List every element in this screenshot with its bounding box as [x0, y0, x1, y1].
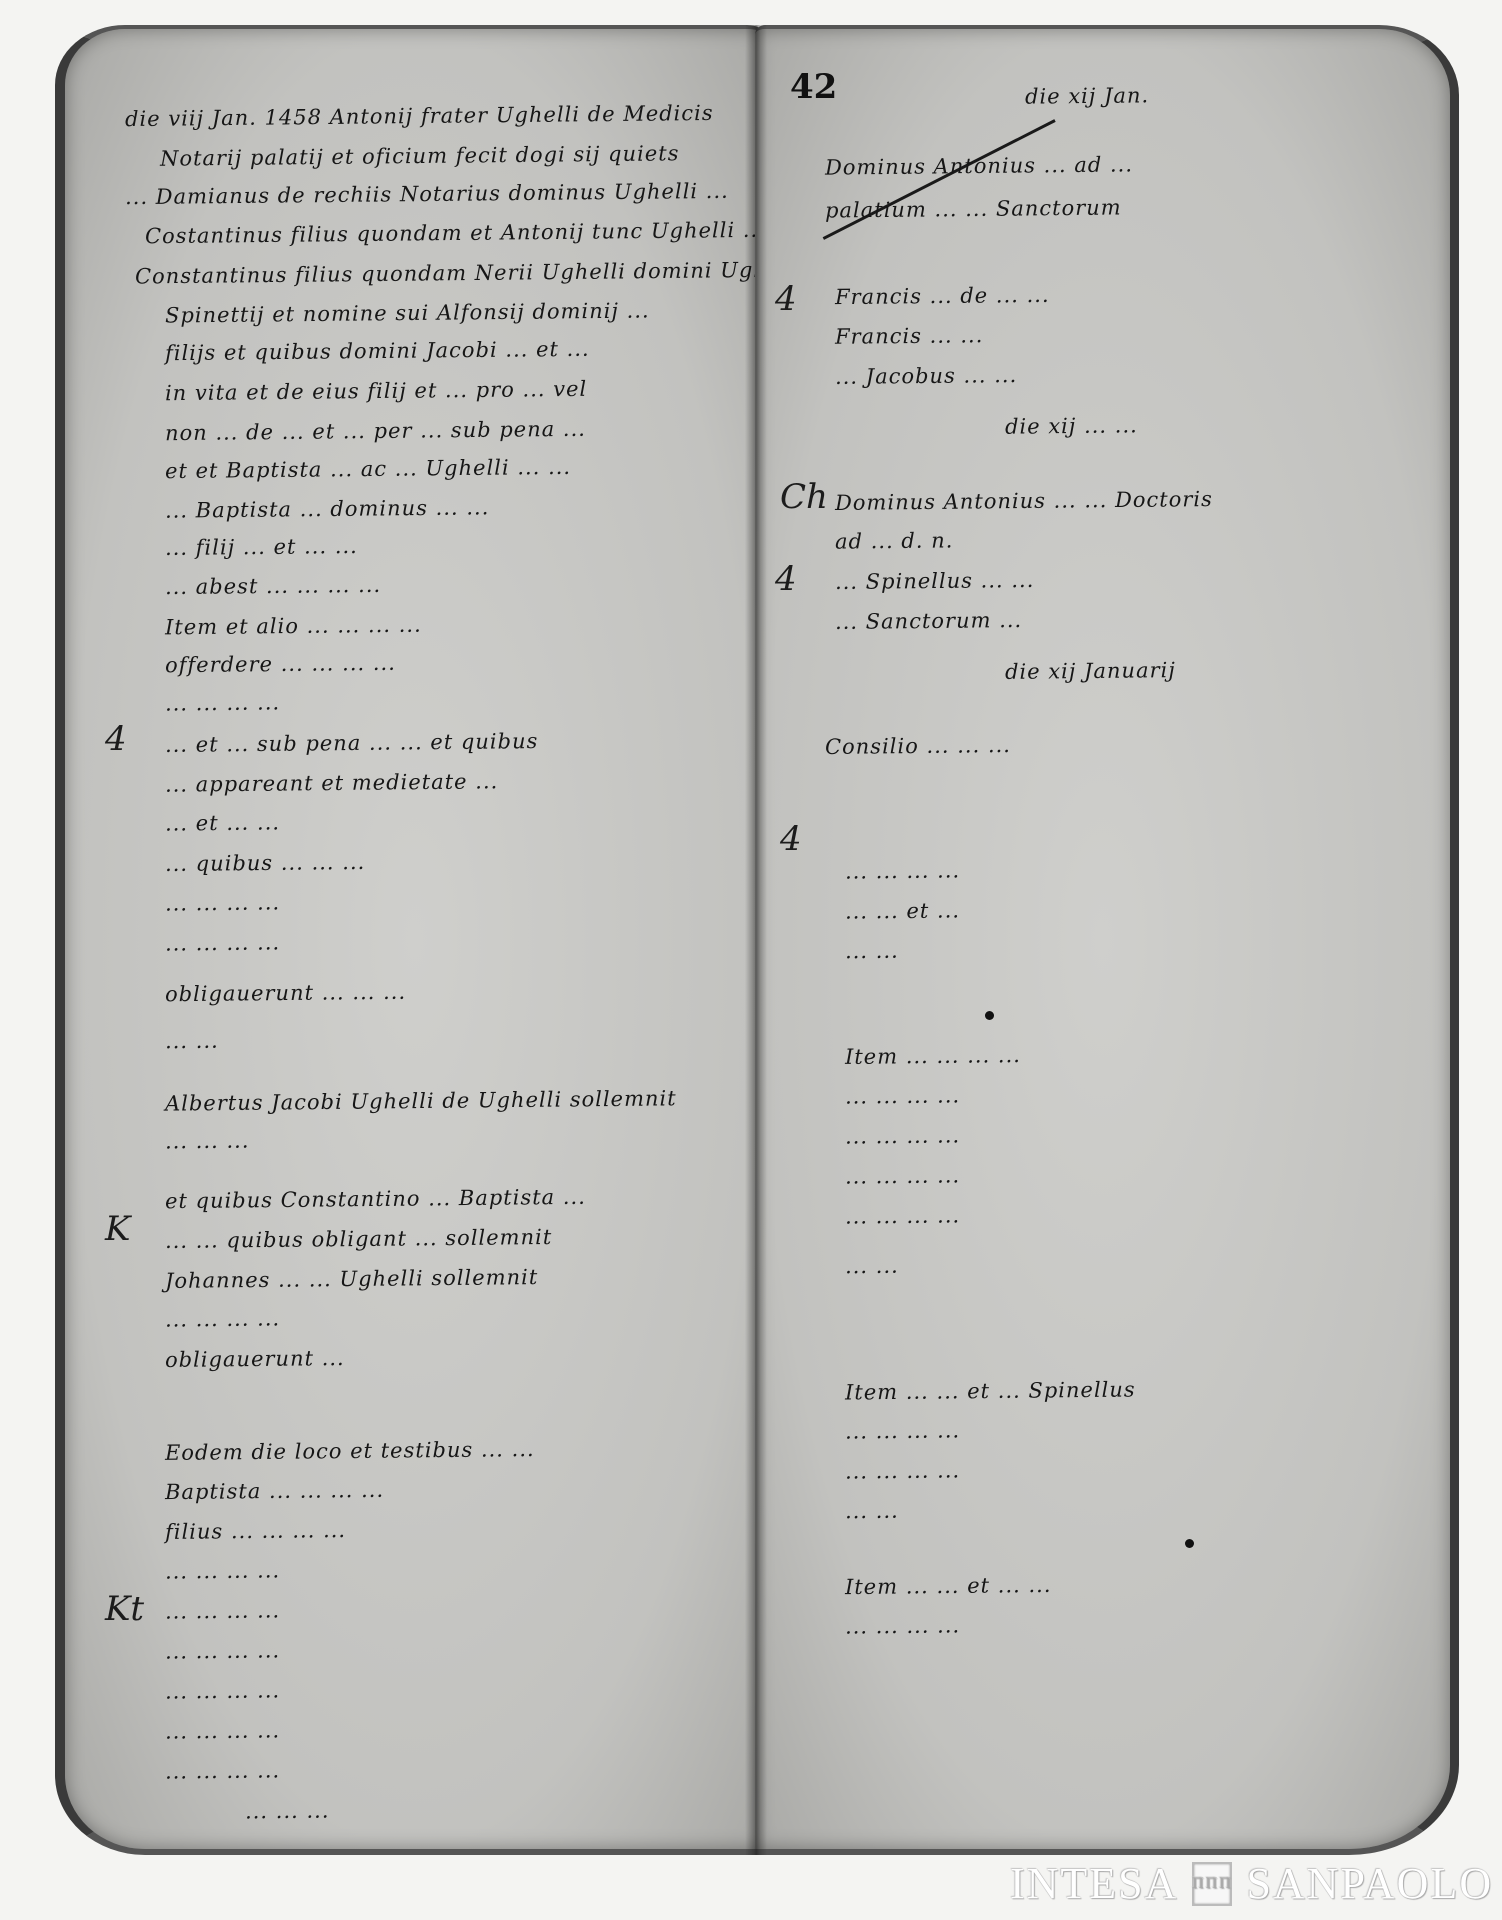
text-line: et et Baptista ... ac ... Ughelli ... ..… [165, 455, 571, 483]
text-line: ... ... [845, 939, 899, 964]
text-line: obligauerunt ... ... ... [165, 980, 406, 1007]
text-line: ... ... ... ... [845, 1613, 960, 1638]
text-line: Eodem die loco et testibus ... ... [165, 1437, 535, 1465]
text-line: ... ... quibus obligant ... sollemnit [165, 1225, 552, 1253]
text-line: in vita et de eius filij et ... pro ... … [165, 377, 587, 405]
text-line: die xij ... ... [1005, 413, 1138, 438]
text-line: ... Sanctorum ... [835, 608, 1022, 634]
text-line: ... et ... sub pena ... ... et quibus [165, 729, 539, 757]
margin-mark: 4 [105, 719, 127, 759]
text-line: ... ... ... ... [845, 858, 960, 883]
text-line: ... ... et ... [845, 898, 960, 923]
text-line: et quibus Constantino ... Baptista ... [165, 1185, 586, 1213]
text-line: filius ... ... ... ... [165, 1518, 346, 1544]
text-line: ... ... ... ... [845, 1458, 960, 1483]
text-line: ... ... ... ... [165, 930, 280, 955]
watermark-left-text: INTESA [1010, 1858, 1178, 1909]
text-line: ... ... [845, 1499, 899, 1524]
text-line: ... Jacobus ... ... [835, 363, 1017, 389]
margin-mark: 4 [775, 559, 797, 599]
folio-number: 42 [790, 67, 837, 107]
book-gutter [745, 25, 767, 1855]
text-line: Item ... ... et ... ... [845, 1573, 1052, 1599]
text-line: Baptista ... ... ... ... [165, 1478, 384, 1504]
text-line: non ... de ... et ... per ... sub pena .… [165, 417, 586, 445]
text-line: ... ... ... ... [165, 1758, 280, 1783]
text-line: Johannes ... ... Ughelli sollemnit [165, 1265, 538, 1293]
left-page: die viij Jan. 1458 Antonij frater Ughell… [55, 25, 765, 1855]
bank-logo-icon: ΠΠΠ [1192, 1862, 1232, 1906]
text-line: palatium ... ... Sanctorum [825, 195, 1122, 222]
text-line: ... ... ... ... [165, 690, 280, 715]
text-line: Spinettij et nomine sui Alfonsij dominij… [165, 298, 650, 327]
text-line: Item ... ... et ... Spinellus [845, 1377, 1136, 1404]
text-line: ... ... ... ... [165, 1598, 280, 1623]
text-line: ... filij ... et ... ... [165, 534, 358, 560]
intesa-sanpaolo-watermark: INTESA ΠΠΠ SANPAOLO [1010, 1858, 1493, 1909]
text-line: ... ... ... ... [165, 1678, 280, 1703]
text-line: ... ... ... ... [165, 1558, 280, 1583]
text-line: ... abest ... ... ... ... [165, 573, 381, 599]
text-line: Francis ... de ... ... [835, 283, 1050, 309]
text-line: ... ... ... ... [165, 1718, 280, 1743]
text-line: Dominus Antonius ... ... Doctoris [835, 487, 1213, 515]
margin-mark: Ch [780, 477, 828, 517]
text-line: Item ... ... ... ... [845, 1043, 1021, 1069]
text-line: ... ... ... ... [845, 1418, 960, 1443]
text-line: Notarij palatij et oficium fecit dogi si… [160, 141, 680, 170]
text-line: ... appareant et medietate ... [165, 769, 498, 796]
text-line: obligauerunt ... [165, 1346, 345, 1372]
text-line: ... ... ... [245, 1799, 330, 1824]
text-line: ... ... ... ... [165, 1306, 280, 1331]
margin-mark: K [105, 1209, 130, 1249]
watermark-right-text: SANPAOLO [1246, 1858, 1493, 1909]
text-line: ... ... [165, 1029, 219, 1054]
text-line: ... Damianus de rechiis Notarius dominus… [125, 179, 729, 209]
ink-dot [1185, 1539, 1194, 1548]
text-line: ... ... ... [165, 1129, 250, 1154]
text-line: ... quibus ... ... ... [165, 850, 365, 876]
text-line: ... Baptista ... dominus ... ... [165, 495, 490, 522]
margin-mark: 4 [780, 819, 802, 859]
ink-dot [985, 1011, 994, 1020]
text-line: die viij Jan. 1458 Antonij frater Ughell… [125, 101, 714, 131]
text-line: offerdere ... ... ... ... [165, 651, 396, 677]
text-line: filijs et quibus domini Jacobi ... et ..… [165, 337, 590, 365]
text-line: ... ... ... ... [845, 1163, 960, 1188]
text-line: Dominus Antonius ... ad ... [825, 152, 1133, 179]
text-line: ... ... [845, 1254, 899, 1279]
text-line: Francis ... ... [835, 323, 984, 349]
text-line: ... ... ... ... [845, 1123, 960, 1148]
text-line: Albertus Jacobi Ughelli de Ughelli solle… [165, 1086, 677, 1115]
margin-mark: 4 [775, 279, 797, 319]
text-line: die xij Jan. [1025, 83, 1149, 108]
open-manuscript-book: die viij Jan. 1458 Antonij frater Ughell… [55, 25, 1450, 1855]
right-page: 42 die xij Jan. Dominus Antonius ... ad … [755, 25, 1459, 1855]
text-line: ... ... ... ... [165, 890, 280, 915]
text-line: ... et ... ... [165, 810, 280, 835]
text-line: ... Spinellus ... ... [835, 568, 1035, 594]
text-line: ad ... d. n. [835, 528, 954, 553]
text-line: ... ... ... ... [165, 1638, 280, 1663]
text-line: ... ... ... ... [845, 1083, 960, 1108]
margin-mark: Kt [105, 1589, 144, 1629]
text-line: Consilio ... ... ... [825, 733, 1011, 759]
text-line: Costantinus filius quondam et Antonij tu… [145, 218, 766, 248]
text-line: Item et alio ... ... ... ... [165, 613, 422, 640]
text-line: Constantinus filius quondam Nerii Ughell… [135, 257, 805, 288]
text-line: ... ... ... ... [845, 1203, 960, 1228]
text-line: die xij Januarij [1005, 658, 1176, 684]
